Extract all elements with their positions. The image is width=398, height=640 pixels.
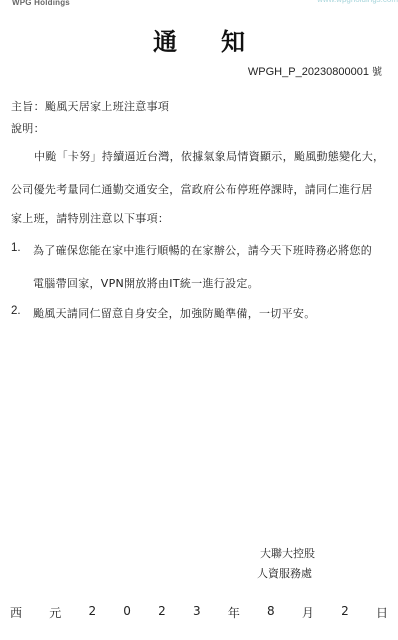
- explanation-label: 說明：: [11, 120, 45, 136]
- date-part: 年: [228, 604, 240, 621]
- document-number-value: WPGH_P_20230800001: [248, 66, 369, 78]
- document-number: WPGH_P_20230800001號: [248, 63, 382, 78]
- date-part: 2: [158, 604, 166, 621]
- date-part: 日: [376, 604, 388, 621]
- date-part: 0: [123, 604, 131, 621]
- date-part: 元: [49, 604, 61, 621]
- document-title: 通知: [0, 22, 398, 57]
- website-url: www.wpgholdings.com: [317, 0, 398, 4]
- item-1-line-2: 電腦帶回家，VPN開放將由IT統一進行設定。: [33, 275, 259, 291]
- date-part: 2: [341, 604, 349, 621]
- date-part: 西: [10, 604, 22, 621]
- paragraph-line-1: 中颱「卡努」持續逼近台灣，依據氣象局情資顯示，颱風動態變化大，: [34, 148, 384, 164]
- paragraph-line-3: 家上班，請特別注意以下事項：: [11, 210, 169, 226]
- item-1-number: 1.: [11, 242, 21, 254]
- document-date: 西 元 2 0 2 3 年 8 月 2 日: [10, 604, 388, 621]
- date-part: 8: [267, 604, 275, 621]
- company-logo: WPG Holdings: [12, 0, 70, 7]
- document-number-suffix: 號: [372, 67, 382, 78]
- item-2-line-1: 颱風天請同仁留意自身安全，加強防颱準備，一切平安。: [33, 305, 316, 321]
- signature-company: 大聯大控股: [260, 545, 315, 561]
- date-part: 2: [88, 604, 96, 621]
- date-part: 3: [193, 604, 201, 621]
- date-part: 月: [302, 604, 314, 621]
- signature-department: 人資服務處: [257, 565, 312, 581]
- title-char-1: 通: [153, 22, 177, 57]
- title-char-2: 知: [221, 22, 245, 57]
- subject-line: 主旨：颱風天居家上班注意事項: [11, 98, 169, 114]
- item-2-number: 2.: [11, 305, 21, 317]
- paragraph-line-2: 公司優先考量同仁通勤交通安全，當政府公布停班停課時，請同仁進行居: [11, 181, 373, 197]
- item-1-line-1: 為了確保您能在家中進行順暢的在家辦公，請今天下班時務必將您的: [33, 242, 372, 258]
